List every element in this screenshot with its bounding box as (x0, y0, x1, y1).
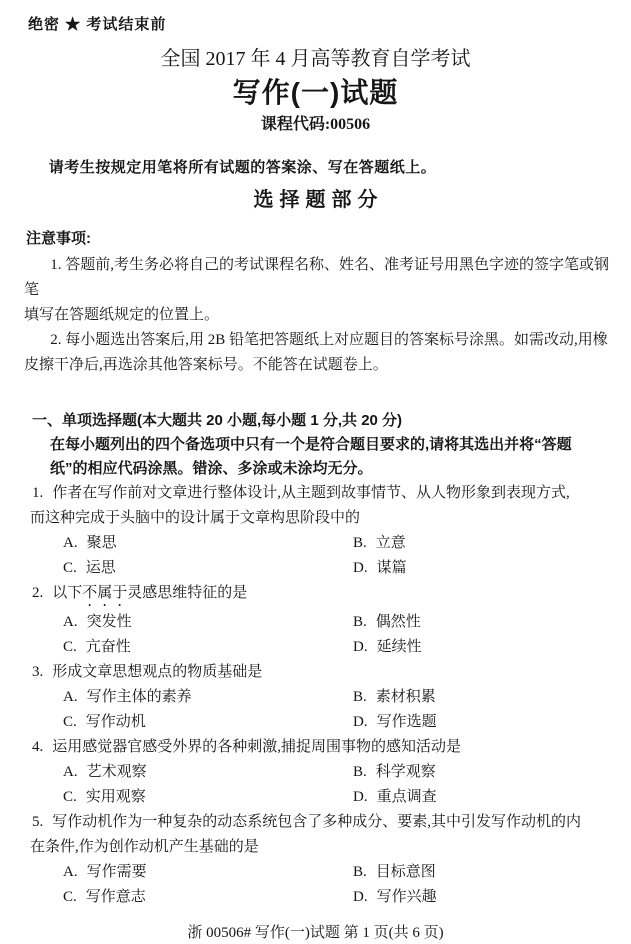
paper-title: 写作(一)试题 (30, 75, 601, 111)
option-a: A.写作主体的素养 (63, 685, 353, 710)
exam-title: 全国 2017 年 4 月高等教育自学考试 (30, 46, 601, 72)
option-label: D. (353, 789, 368, 805)
page-footer: 浙 00506# 写作(一)试题 第 1 页(共 6 页) (30, 923, 601, 943)
option-text: 科学观察 (376, 764, 436, 780)
option-c: C.写作意志 (63, 885, 353, 910)
option-a: A.突发性 (63, 610, 353, 635)
question-stem: 5.写作动机作为一种复杂的动态系统包含了多种成分、要素,其中引发写作动机的内 在… (30, 810, 623, 860)
option-text: 立意 (376, 535, 406, 551)
course-code: 课程代码:00506 (30, 114, 601, 136)
option-text: 目标意图 (376, 864, 436, 880)
question-stem: 4.运用感觉器官感受外界的各种刺激,捕捉周围事物的感知活动是 (30, 735, 623, 760)
option-text: 聚思 (87, 535, 117, 551)
option-label: B. (353, 535, 367, 551)
option-label: D. (353, 639, 368, 655)
option-b: B.素材积累 (353, 685, 623, 710)
question-options: A.突发性 B.偶然性 C.亢奋性 D.延续性 (30, 610, 623, 660)
option-text: 谋篇 (377, 560, 407, 576)
question-stem: 1.作者在写作前对文章进行整体设计,从主题到故事情节、从人物形象到表现方式, 而… (30, 481, 623, 531)
option-text: 延续性 (377, 639, 422, 655)
question-1: 1.作者在写作前对文章进行整体设计,从主题到故事情节、从人物形象到表现方式, 而… (30, 481, 623, 581)
option-label: A. (63, 864, 78, 880)
question-stem: 2.以下不属于灵感思维特征的是 (30, 581, 623, 610)
note-item-2: 2. 每小题选出答案后,用 2B 铅笔把答题纸上对应题目的答案标号涂黑。如需改动… (24, 328, 623, 378)
option-label: A. (63, 689, 78, 705)
stem-part-emphasized: 不属于 (82, 585, 127, 601)
question-options: A.聚思 B.立意 C.运思 D.谋篇 (30, 531, 623, 581)
option-d: D.写作选题 (353, 710, 623, 735)
option-c: C.实用观察 (63, 785, 353, 810)
option-text: 突发性 (87, 614, 132, 630)
option-text: 写作兴趣 (377, 889, 437, 905)
section-one-heading: 一、单项选择题(本大题共 20 小题,每小题 1 分,共 20 分) (32, 408, 623, 433)
option-text: 艺术观察 (87, 764, 147, 780)
option-label: B. (353, 864, 367, 880)
option-text: 实用观察 (86, 789, 146, 805)
question-stem-text: 形成文章思想观点的物质基础是 (52, 664, 262, 680)
answer-sheet-instruction: 请考生按规定用笔将所有试题的答案涂、写在答题纸上。 (30, 157, 623, 178)
option-text: 写作主体的素养 (87, 689, 192, 705)
option-text: 运思 (86, 560, 116, 576)
option-label: C. (63, 560, 77, 576)
option-a: A.聚思 (63, 531, 353, 556)
page-body: 绝密 ★ 考试结束前 全国 2017 年 4 月高等教育自学考试 写作(一)试题… (0, 0, 631, 944)
option-label: D. (353, 560, 368, 576)
option-label: A. (63, 614, 78, 630)
question-options: A.写作需要 B.目标意图 C.写作意志 D.写作兴趣 (30, 860, 623, 910)
question-number: 3. (32, 664, 43, 680)
option-text: 写作意志 (86, 889, 146, 905)
question-stem: 3.形成文章思想观点的物质基础是 (30, 660, 623, 685)
question-stem-text: 作者在写作前对文章进行整体设计,从主题到故事情节、从人物形象到表现方式, 而这种… (30, 485, 570, 526)
stem-part: 以下 (52, 585, 82, 601)
option-d: D.写作兴趣 (353, 885, 623, 910)
option-label: A. (63, 764, 78, 780)
option-c: C.亢奋性 (63, 635, 353, 660)
question-number: 2. (32, 585, 43, 601)
exam-paper-page: { "colors": { "ink": "#161616", "paper":… (0, 0, 631, 944)
notes-title: 注意事项: (26, 228, 623, 249)
option-text: 写作需要 (87, 864, 147, 880)
option-text: 素材积累 (376, 689, 436, 705)
option-label: D. (353, 714, 368, 730)
option-label: C. (63, 714, 77, 730)
question-stem-text: 写作动机作为一种复杂的动态系统包含了多种成分、要素,其中引发写作动机的内 在条件… (30, 814, 581, 855)
question-stem-text: 以下不属于灵感思维特征的是 (52, 585, 247, 601)
note-item-1: 1. 答题前,考生务必将自己的考试课程名称、姓名、准考证号用黑色字迹的签字笔或钢… (24, 253, 623, 328)
option-text: 写作动机 (86, 714, 146, 730)
option-b: B.偶然性 (353, 610, 623, 635)
part-heading: 选择题部分 (30, 187, 601, 213)
option-c: C.运思 (63, 556, 353, 581)
question-stem-text: 运用感觉器官感受外界的各种刺激,捕捉周围事物的感知活动是 (52, 739, 461, 755)
option-d: D.谋篇 (353, 556, 623, 581)
option-label: C. (63, 889, 77, 905)
option-label: D. (353, 889, 368, 905)
option-a: A.写作需要 (63, 860, 353, 885)
stem-part: 灵感思维特征的是 (127, 585, 247, 601)
option-a: A.艺术观察 (63, 760, 353, 785)
option-b: B.目标意图 (353, 860, 623, 885)
option-b: B.立意 (353, 531, 623, 556)
question-number: 1. (32, 485, 43, 501)
option-d: D.重点调查 (353, 785, 623, 810)
option-label: B. (353, 614, 367, 630)
option-label: C. (63, 789, 77, 805)
option-text: 偶然性 (376, 614, 421, 630)
question-options: A.写作主体的素养 B.素材积累 C.写作动机 D.写作选题 (30, 685, 623, 735)
option-text: 重点调查 (377, 789, 437, 805)
question-4: 4.运用感觉器官感受外界的各种刺激,捕捉周围事物的感知活动是 A.艺术观察 B.… (30, 735, 623, 810)
question-3: 3.形成文章思想观点的物质基础是 A.写作主体的素养 B.素材积累 C.写作动机… (30, 660, 623, 735)
option-b: B.科学观察 (353, 760, 623, 785)
option-label: C. (63, 639, 77, 655)
option-label: B. (353, 689, 367, 705)
question-number: 5. (32, 814, 43, 830)
option-label: A. (63, 535, 78, 551)
classification-label: 绝密 ★ 考试结束前 (28, 15, 623, 35)
question-5: 5.写作动机作为一种复杂的动态系统包含了多种成分、要素,其中引发写作动机的内 在… (30, 810, 623, 910)
question-2: 2.以下不属于灵感思维特征的是 A.突发性 B.偶然性 C.亢奋性 D.延续性 (30, 581, 623, 660)
question-number: 4. (32, 739, 43, 755)
option-c: C.写作动机 (63, 710, 353, 735)
question-options: A.艺术观察 B.科学观察 C.实用观察 D.重点调查 (30, 760, 623, 810)
option-label: B. (353, 764, 367, 780)
section-one-note: 在每小题列出的四个备选项中只有一个是符合题目要求的,请将其选出并将“答题 纸”的… (30, 433, 623, 481)
option-d: D.延续性 (353, 635, 623, 660)
option-text: 写作选题 (377, 714, 437, 730)
option-text: 亢奋性 (86, 639, 131, 655)
